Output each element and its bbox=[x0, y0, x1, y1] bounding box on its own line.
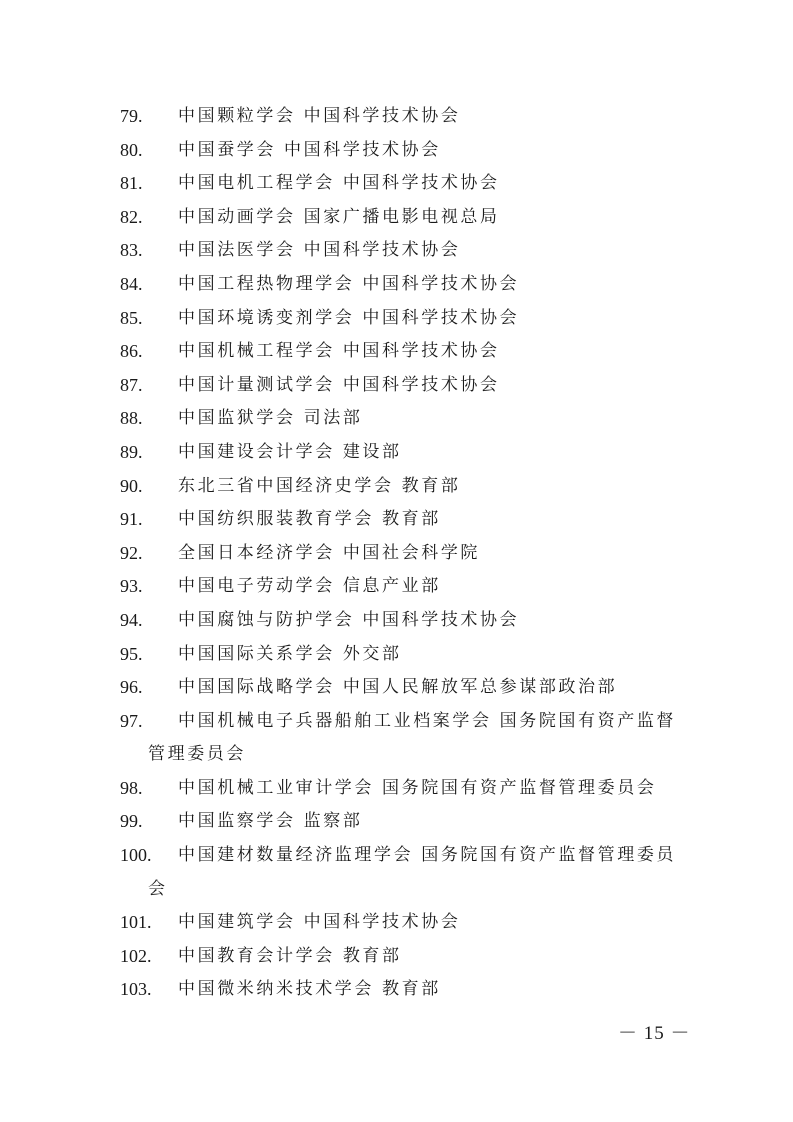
organization-name: 全国日本经济学会 bbox=[178, 543, 335, 563]
list-item: 88. 中国监狱学会 司法部 bbox=[120, 402, 680, 436]
organization-name: 中国腐蚀与防护学会 bbox=[178, 610, 354, 630]
organization-name: 中国国际关系学会 bbox=[178, 644, 335, 664]
list-item: 94. 中国腐蚀与防护学会 中国科学技术协会 bbox=[120, 604, 680, 638]
list-item: 103. 中国微米纳米技术学会 教育部 bbox=[120, 973, 680, 1007]
organization-name: 中国机械电子兵器船舶工业档案学会 bbox=[178, 711, 492, 731]
supervising-unit: 信息产业部 bbox=[343, 576, 441, 596]
organization-list: 79. 中国颗粒学会 中国科学技术协会 80. 中国蚕学会 中国科学技术协会 8… bbox=[120, 100, 680, 1007]
supervising-unit: 中国社会科学院 bbox=[343, 543, 480, 563]
supervising-unit: 国家广播电影电视总局 bbox=[304, 207, 500, 227]
organization-name: 东北三省中国经济史学会 bbox=[178, 476, 394, 496]
item-number: 84. bbox=[120, 268, 143, 302]
supervising-unit: 国务院国有资产监督管理委员会 bbox=[382, 778, 656, 798]
supervising-unit: 教育部 bbox=[402, 476, 461, 496]
document-page: 79. 中国颗粒学会 中国科学技术协会 80. 中国蚕学会 中国科学技术协会 8… bbox=[0, 0, 793, 1122]
organization-name: 中国纺织服装教育学会 bbox=[178, 509, 374, 529]
organization-name: 中国建筑学会 bbox=[178, 912, 296, 932]
supervising-unit: 中国科学技术协会 bbox=[343, 173, 500, 193]
supervising-unit: 中国科学技术协会 bbox=[304, 912, 461, 932]
item-number: 90. bbox=[120, 470, 143, 504]
item-number: 87. bbox=[120, 369, 143, 403]
list-item: 97. 中国机械电子兵器船舶工业档案学会 国务院国有资产监督管理委员会 bbox=[120, 705, 680, 772]
list-item: 89. 中国建设会计学会 建设部 bbox=[120, 436, 680, 470]
item-number: 92. bbox=[120, 537, 143, 571]
list-item: 85. 中国环境诱变剂学会 中国科学技术协会 bbox=[120, 302, 680, 336]
supervising-unit: 中国科学技术协会 bbox=[304, 240, 461, 260]
item-number: 94. bbox=[120, 604, 143, 638]
supervising-unit: 中国科学技术协会 bbox=[362, 274, 519, 294]
supervising-unit: 中国科学技术协会 bbox=[284, 140, 441, 160]
list-item: 102. 中国教育会计学会 教育部 bbox=[120, 940, 680, 974]
item-number: 103. bbox=[120, 973, 152, 1007]
organization-name: 中国电子劳动学会 bbox=[178, 576, 335, 596]
organization-name: 中国工程热物理学会 bbox=[178, 274, 354, 294]
item-number: 100. bbox=[120, 839, 152, 873]
item-number: 85. bbox=[120, 302, 143, 336]
organization-name: 中国监狱学会 bbox=[178, 408, 296, 428]
list-item: 81. 中国电机工程学会 中国科学技术协会 bbox=[120, 167, 680, 201]
list-item: 101. 中国建筑学会 中国科学技术协会 bbox=[120, 906, 680, 940]
supervising-unit: 教育部 bbox=[382, 509, 441, 529]
supervising-unit: 中国人民解放军总参谋部政治部 bbox=[343, 677, 617, 697]
item-number: 81. bbox=[120, 167, 143, 201]
supervising-unit: 教育部 bbox=[343, 946, 402, 966]
organization-name: 中国蚕学会 bbox=[178, 140, 276, 160]
supervising-unit: 中国科学技术协会 bbox=[304, 106, 461, 126]
item-number: 91. bbox=[120, 503, 143, 537]
organization-name: 中国颗粒学会 bbox=[178, 106, 296, 126]
list-item: 93. 中国电子劳动学会 信息产业部 bbox=[120, 570, 680, 604]
supervising-unit: 外交部 bbox=[343, 644, 402, 664]
supervising-unit: 中国科学技术协会 bbox=[343, 375, 500, 395]
list-item: 95. 中国国际关系学会 外交部 bbox=[120, 638, 680, 672]
item-number: 86. bbox=[120, 335, 143, 369]
item-number: 93. bbox=[120, 570, 143, 604]
organization-name: 中国微米纳米技术学会 bbox=[178, 979, 374, 999]
item-number: 98. bbox=[120, 772, 143, 806]
supervising-unit: 中国科学技术协会 bbox=[362, 610, 519, 630]
list-item: 84. 中国工程热物理学会 中国科学技术协会 bbox=[120, 268, 680, 302]
list-item: 90. 东北三省中国经济史学会 教育部 bbox=[120, 470, 680, 504]
item-number: 96. bbox=[120, 671, 143, 705]
supervising-unit: 中国科学技术协会 bbox=[362, 308, 519, 328]
item-number: 79. bbox=[120, 100, 143, 134]
list-item: 100. 中国建材数量经济监理学会 国务院国有资产监督管理委员会 bbox=[120, 839, 680, 906]
item-number: 83. bbox=[120, 234, 143, 268]
list-item: 86. 中国机械工程学会 中国科学技术协会 bbox=[120, 335, 680, 369]
list-item: 98. 中国机械工业审计学会 国务院国有资产监督管理委员会 bbox=[120, 772, 680, 806]
organization-name: 中国计量测试学会 bbox=[178, 375, 335, 395]
supervising-unit: 监察部 bbox=[304, 811, 363, 831]
item-number: 102. bbox=[120, 940, 152, 974]
organization-name: 中国建材数量经济监理学会 bbox=[178, 845, 413, 865]
page-number: － 15 － bbox=[618, 1018, 691, 1045]
list-item: 83. 中国法医学会 中国科学技术协会 bbox=[120, 234, 680, 268]
item-number: 99. bbox=[120, 805, 143, 839]
list-item: 82. 中国动画学会 国家广播电影电视总局 bbox=[120, 201, 680, 235]
organization-name: 中国环境诱变剂学会 bbox=[178, 308, 354, 328]
organization-name: 中国国际战略学会 bbox=[178, 677, 335, 697]
supervising-unit: 中国科学技术协会 bbox=[343, 341, 500, 361]
organization-name: 中国法医学会 bbox=[178, 240, 296, 260]
item-number: 82. bbox=[120, 201, 143, 235]
organization-name: 中国机械工业审计学会 bbox=[178, 778, 374, 798]
organization-name: 中国动画学会 bbox=[178, 207, 296, 227]
list-item: 96. 中国国际战略学会 中国人民解放军总参谋部政治部 bbox=[120, 671, 680, 705]
list-item: 87. 中国计量测试学会 中国科学技术协会 bbox=[120, 369, 680, 403]
list-item: 92. 全国日本经济学会 中国社会科学院 bbox=[120, 537, 680, 571]
organization-name: 中国监察学会 bbox=[178, 811, 296, 831]
item-number: 97. bbox=[120, 705, 143, 739]
list-item: 80. 中国蚕学会 中国科学技术协会 bbox=[120, 134, 680, 168]
supervising-unit: 教育部 bbox=[382, 979, 441, 999]
organization-name: 中国建设会计学会 bbox=[178, 442, 335, 462]
supervising-unit: 司法部 bbox=[304, 408, 363, 428]
list-item: 99. 中国监察学会 监察部 bbox=[120, 805, 680, 839]
item-number: 80. bbox=[120, 134, 143, 168]
list-item: 91. 中国纺织服装教育学会 教育部 bbox=[120, 503, 680, 537]
organization-name: 中国教育会计学会 bbox=[178, 946, 335, 966]
item-number: 89. bbox=[120, 436, 143, 470]
item-number: 95. bbox=[120, 638, 143, 672]
organization-name: 中国电机工程学会 bbox=[178, 173, 335, 193]
organization-name: 中国机械工程学会 bbox=[178, 341, 335, 361]
item-number: 88. bbox=[120, 402, 143, 436]
supervising-unit: 建设部 bbox=[343, 442, 402, 462]
item-number: 101. bbox=[120, 906, 152, 940]
list-item: 79. 中国颗粒学会 中国科学技术协会 bbox=[120, 100, 680, 134]
